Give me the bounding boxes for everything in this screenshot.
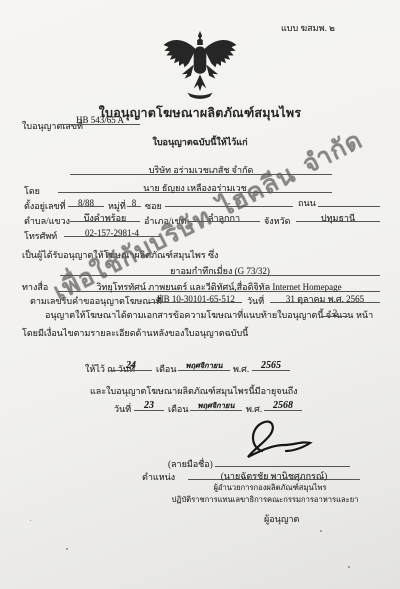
expiry-year-handwriting: 2568 — [273, 400, 293, 412]
pages-value: 2 — [333, 308, 338, 319]
request-no-label: ตามเลขรับคำขออนุญาตโฆษณาที่ — [30, 296, 162, 307]
address-no-field: 8/88 — [68, 192, 104, 207]
company-field: บริษัท อร่ามเวชเภสัช จำกัด — [70, 159, 332, 175]
address-no-label: ตั้งอยู่เลขที่ — [24, 201, 66, 212]
moo-field: 8 — [127, 192, 141, 207]
form-code: แบบ ฆสมพ. ๒ — [281, 23, 335, 34]
licensor-label: ผู้อนุญาต — [264, 514, 299, 525]
request-no-value: HB 10-30101-65-512 — [157, 294, 235, 305]
soi-label: ซอย — [145, 201, 162, 212]
province-field: ปทุมธานี — [296, 207, 380, 222]
signer-name-field: (นายฉัตรชัย พานิชศุภกรณ์) — [188, 465, 360, 480]
expiry-month-field: พฤศจิกายน — [190, 394, 242, 411]
signer-name: (นายฉัตรชัย พานิชศุภกรณ์) — [221, 471, 327, 482]
district-value: ลำลูกกา — [208, 213, 240, 224]
scan-speck — [320, 530, 322, 532]
issued-era-label: พ.ศ. — [233, 364, 249, 375]
position-label: ตำแหน่ง — [142, 472, 175, 483]
issued-to-heading: ใบอนุญาตฉบับนี้ให้ไว้แก่ — [0, 137, 400, 148]
request-date-field: 31 ตุลาคม พ.ศ. 2565 — [270, 288, 380, 303]
issued-month-label: เดือน — [156, 364, 176, 375]
company-name: บริษัท อร่ามเวชเภสัช จำกัด — [149, 165, 254, 176]
expiry-year-field: 2568 — [264, 394, 302, 411]
signer-title-1: ผู้อำนวยการกองผลิตภัณฑ์สมุนไพร — [150, 483, 390, 492]
product-field: ยาอมกำทึกเมี่ยง (G 73/32) — [60, 260, 380, 276]
request-date-label: วันที่ — [247, 296, 264, 307]
pages-field: 2 — [322, 302, 348, 317]
province-label: จังหวัด — [264, 216, 291, 227]
scan-speck — [30, 520, 31, 521]
soi-field: - — [165, 192, 293, 207]
expiry-era-label: พ.ศ. — [246, 404, 262, 415]
garuda-emblem-icon — [158, 28, 242, 104]
province-value: ปทุมธานี — [321, 213, 355, 224]
subdistrict-field: บึงคำพร้อย — [70, 207, 140, 222]
license-number-field: HB 543/65 A — [60, 109, 140, 125]
expiry-month-handwriting: พฤศจิกายน — [198, 401, 235, 410]
expiry-day-label: วันที่ — [114, 404, 131, 415]
scan-speck — [348, 566, 350, 568]
pages-line-prefix: อนุญาตให้โฆษณาได้ตามเอกสารข้อความโฆษณาที… — [45, 310, 353, 321]
phone-value: 02-157-2981-4 — [85, 228, 139, 239]
issued-year-handwriting: 2565 — [261, 360, 281, 372]
by-label: โดย — [24, 186, 40, 197]
issued-day-field: 24 — [110, 354, 152, 371]
issued-month-field: พฤศจิกายน — [178, 354, 230, 371]
media-label: ทางสื่อ — [22, 282, 48, 293]
road-field — [318, 192, 380, 207]
signer-title-2: ปฏิบัติราชการแทนเลขาธิการคณะกรรมการอาหาร… — [140, 495, 390, 504]
scan-speck — [66, 548, 68, 550]
expiry-day-handwriting: 23 — [144, 400, 154, 412]
representative-field: นาย ธัญยง เหลืองอร่ามเวช — [58, 177, 332, 193]
conditions-line: โดยมีเงื่อนไขตามรายละเอียดด้านหลังของใบอ… — [22, 328, 248, 339]
phone-field: 02-157-2981-4 — [64, 222, 160, 237]
phone-label: โทรศัพท์ — [24, 231, 57, 242]
request-no-field: HB 10-30101-65-512 — [150, 288, 242, 303]
issued-year-field: 2565 — [252, 354, 290, 371]
scanned-license-document: แบบ ฆสมพ. ๒ ใบอน — [0, 0, 400, 589]
issued-month-handwriting: พฤศจิกายน — [186, 361, 223, 370]
issued-day-handwriting: 24 — [126, 360, 136, 372]
district-field: ลำลูกกา — [188, 207, 260, 222]
license-number-value: HB 543/65 A — [76, 115, 124, 126]
expiry-month-label: เดือน — [168, 404, 188, 415]
pages-unit: หน้า — [356, 310, 373, 321]
expiry-day-field: 23 — [134, 394, 164, 411]
